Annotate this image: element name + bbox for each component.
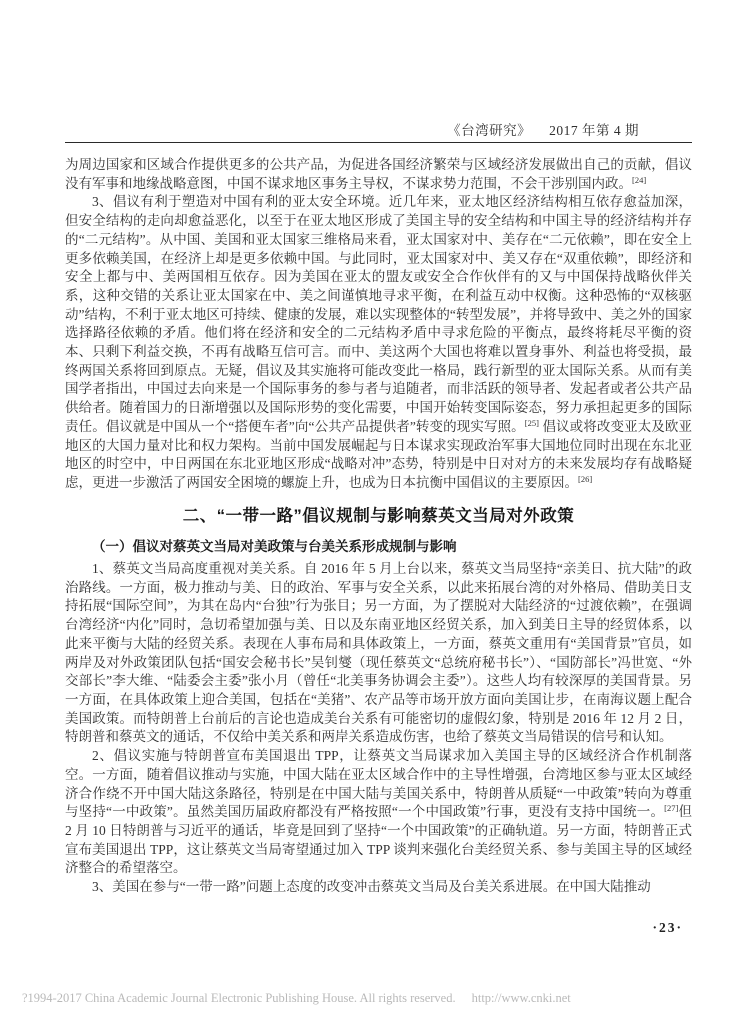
paragraph: 为周边国家和区域合作提供更多的公共产品，为促进各国经济繁荣与区域经济发展做出自己… (65, 156, 692, 193)
copyright-text: ?1994-2017 China Academic Journal Electr… (22, 991, 456, 1005)
paragraph: 3、倡议有利于塑造对中国有利的亚太安全环境。近几年来，亚太地区经济结构相互依存愈… (65, 193, 692, 492)
copyright-footer: ?1994-2017 China Academic Journal Electr… (22, 991, 571, 1006)
citation-ref: [27] (664, 803, 678, 813)
paragraph: 3、美国在参与“一带一路”问题上态度的改变冲击蔡英文当局及台美关系进展。在中国大… (65, 878, 692, 897)
cnki-url: http://www.cnki.net (472, 991, 571, 1005)
page-number: ·23· (652, 920, 683, 936)
section-subheading: （一）倡议对蔡英文当局对美政策与台美关系形成规制与影响 (65, 538, 692, 557)
article-body: 为周边国家和区域合作提供更多的公共产品，为促进各国经济繁荣与区域经济发展做出自己… (65, 156, 692, 897)
paragraph: 2、倡议实施与特朗普宣布美国退出 TPP，让蔡英文当局谋求加入美国主导的区域经济… (65, 747, 692, 878)
citation-ref: [25] (525, 418, 539, 428)
citation-ref: [24] (632, 175, 646, 185)
section-heading: 二、“一带一路”倡议规制与影响蔡英文当局对外政策 (65, 507, 692, 526)
journal-issue: 2017 年第 4 期 (549, 123, 639, 138)
header-rule (65, 142, 692, 143)
paragraph: 1、蔡英文当局高度重视对美关系。自 2016 年 5 月上台以来，蔡英文当局坚持… (65, 560, 692, 747)
paper-page: 《台湾研究》2017 年第 4 期 为周边国家和区域合作提供更多的公共产品，为促… (0, 0, 755, 1024)
journal-title: 《台湾研究》 (447, 123, 531, 138)
journal-header: 《台湾研究》2017 年第 4 期 (447, 119, 639, 139)
citation-ref: [26] (578, 474, 592, 484)
